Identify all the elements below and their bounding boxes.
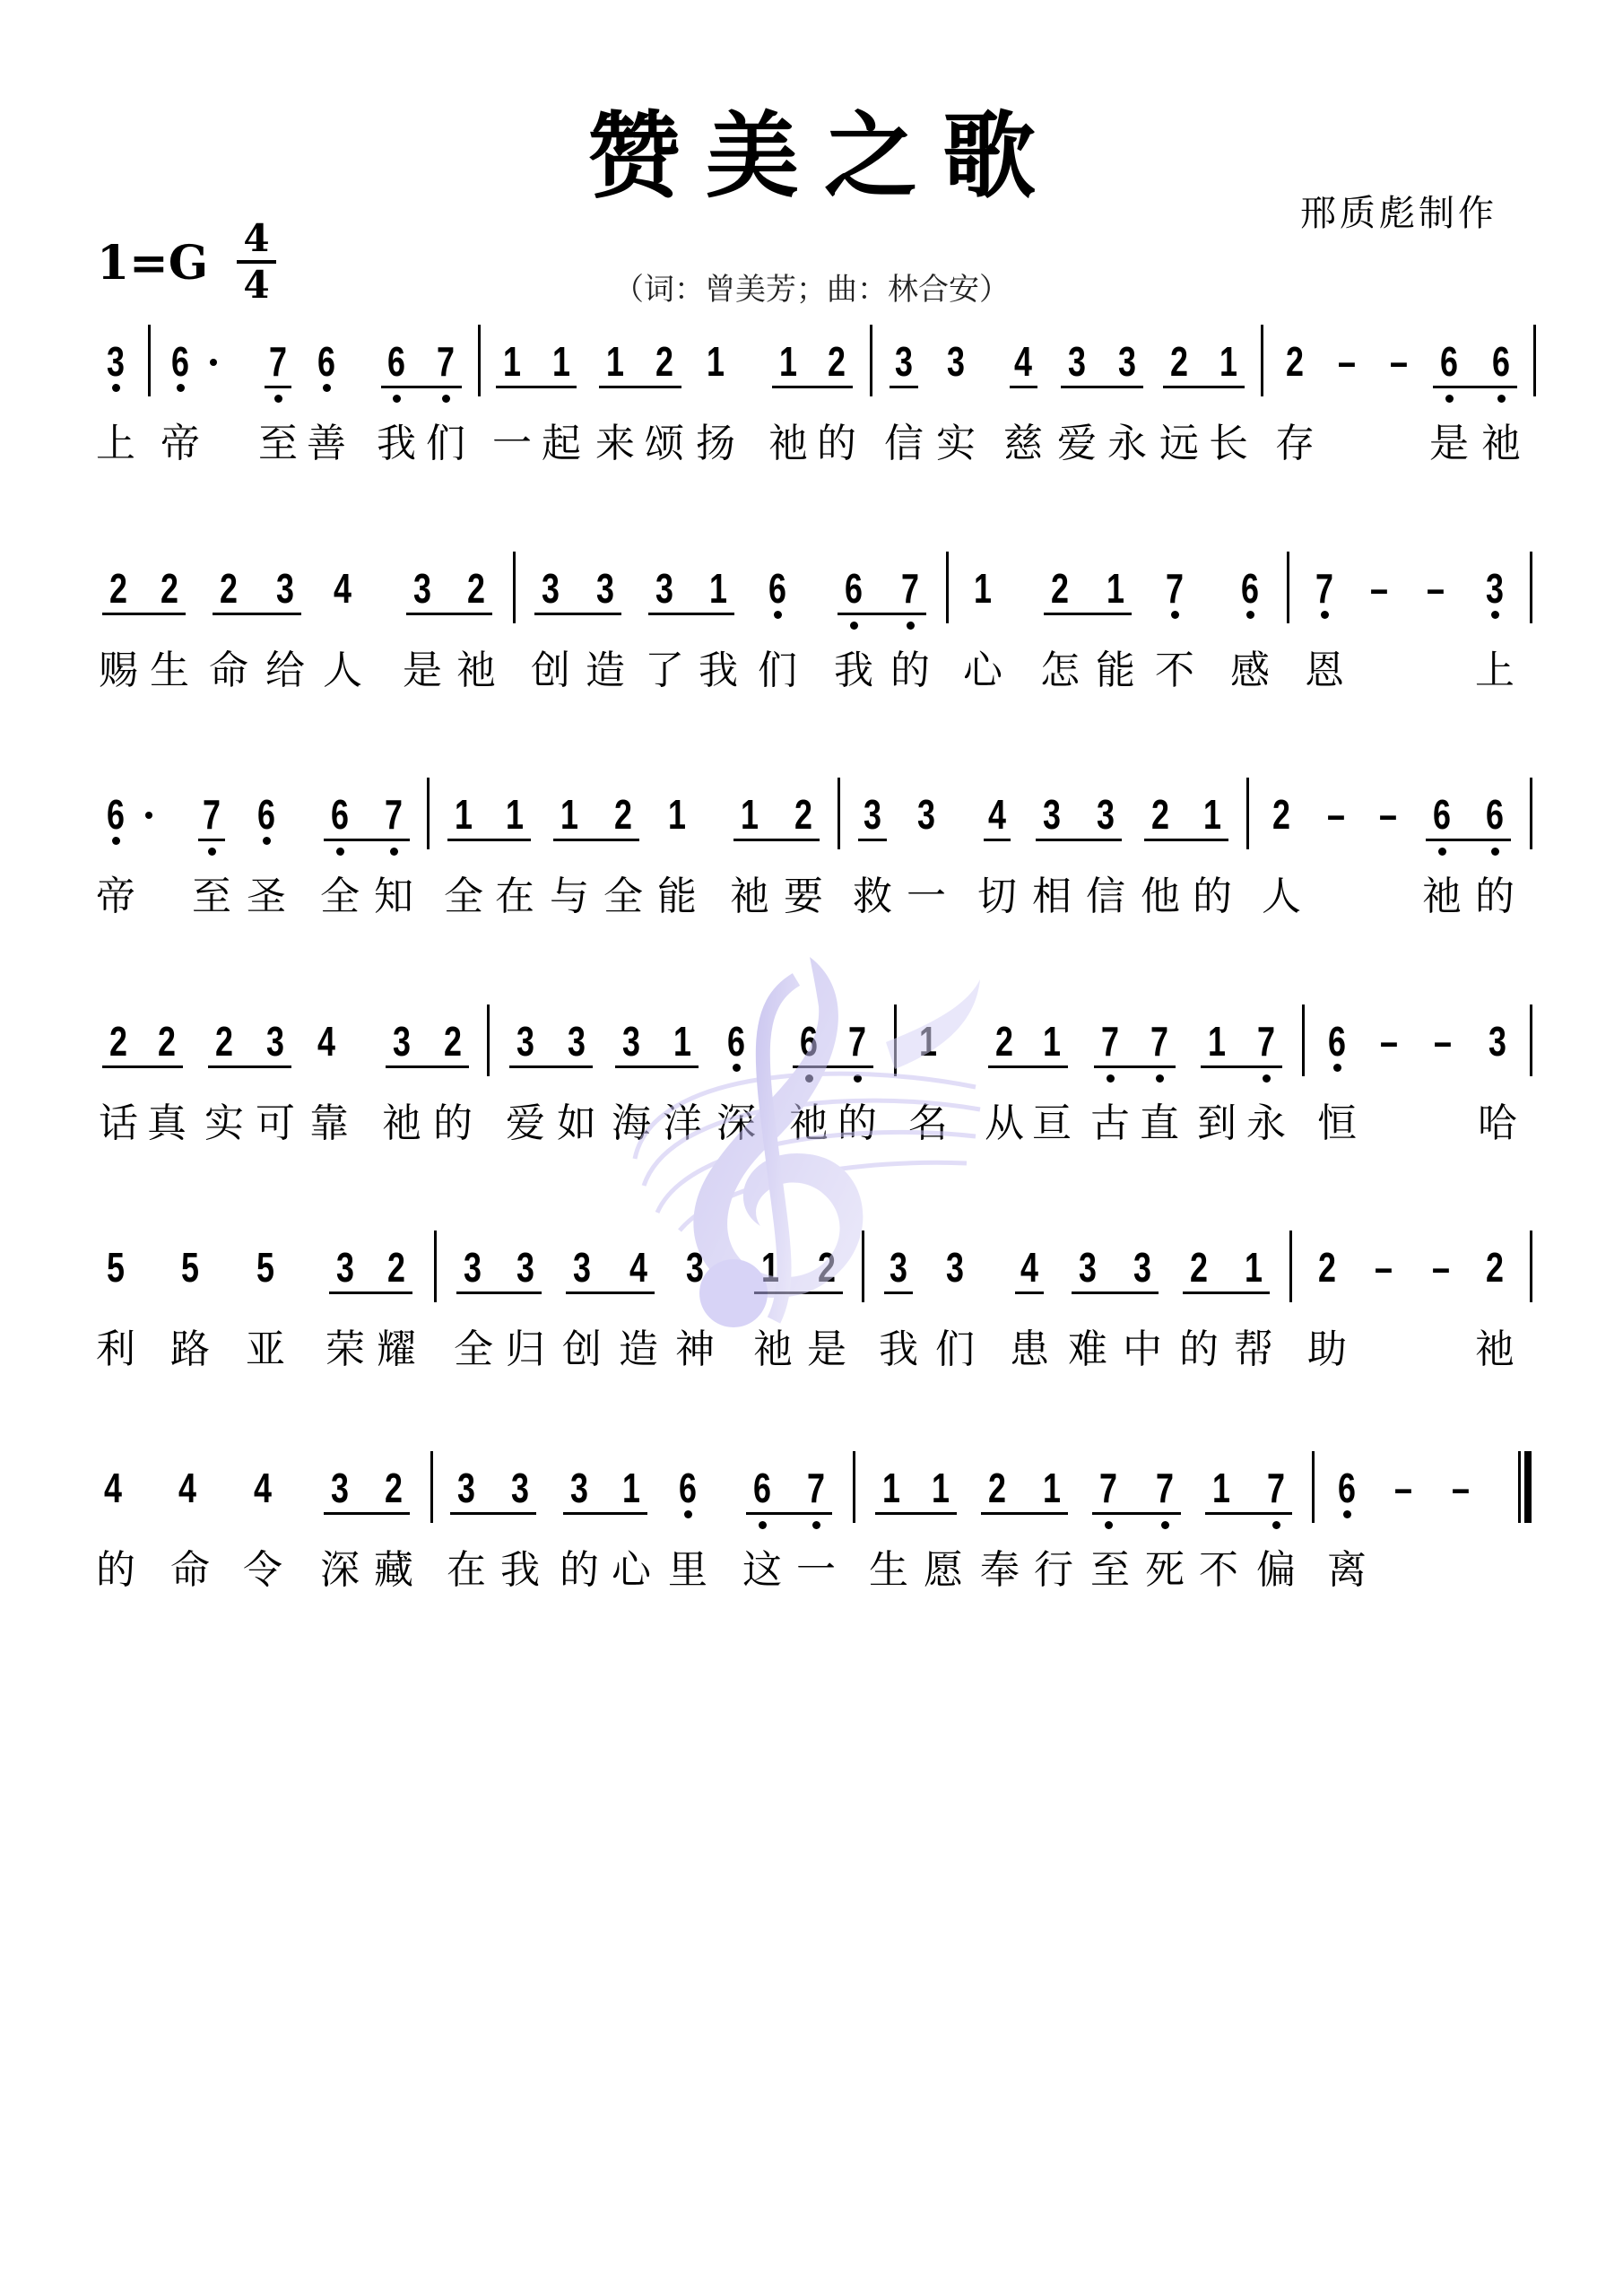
note: 2 — [1267, 792, 1295, 837]
beam-underline — [599, 386, 681, 388]
low-octave-dot — [759, 1521, 767, 1529]
lyric-char: 偏 — [1249, 1548, 1303, 1593]
low-octave-dot — [112, 837, 120, 845]
note: 7 — [379, 792, 407, 837]
low-octave-dot — [733, 1064, 741, 1072]
lyric-char: 归 — [499, 1327, 552, 1372]
note: 3 — [562, 1019, 590, 1064]
lyric-char: 颂 — [638, 422, 691, 466]
beam-underline — [208, 1065, 291, 1068]
note: 1 — [968, 566, 996, 611]
lyric-char: 心 — [604, 1548, 658, 1593]
beam-underline — [1201, 1065, 1282, 1068]
beam-underline — [509, 1065, 593, 1068]
beam-underline — [1094, 1065, 1176, 1068]
note: 3 — [1113, 339, 1141, 384]
note: 5 — [251, 1245, 279, 1290]
lyric-char: 祂 — [1415, 874, 1469, 919]
lyric-char: 造 — [612, 1327, 665, 1372]
note: 3 — [506, 1465, 534, 1510]
barline — [894, 1004, 897, 1076]
lyric-char: 我 — [691, 648, 745, 693]
low-octave-dot — [774, 611, 782, 619]
note: 5 — [101, 1245, 129, 1290]
note: 2 — [822, 339, 850, 384]
arranger-credit: 邢质彪制作 — [1300, 188, 1497, 239]
beam-underline — [496, 386, 577, 388]
low-octave-dot — [1321, 611, 1329, 619]
low-octave-dot — [1263, 1074, 1271, 1083]
note: 6 — [1428, 792, 1455, 837]
lyric-char: 长 — [1202, 422, 1255, 466]
beam-underline — [1433, 386, 1517, 388]
beam-underline — [838, 613, 926, 615]
note: 3 — [101, 339, 129, 384]
note: 7 — [1145, 1019, 1173, 1064]
lyric-char: 切 — [970, 874, 1024, 919]
lyric-char: 祂 — [723, 874, 777, 919]
beam-underline — [858, 839, 887, 841]
note: 1 — [926, 1465, 954, 1510]
beam-underline — [648, 613, 734, 615]
note: 6 — [1236, 566, 1263, 611]
score-row: 444323331667112177176––的命令深藏在我的心里这一生愿奉行至… — [0, 1465, 1623, 1645]
beam-underline — [884, 1291, 913, 1294]
lyric-char: 的 — [1185, 874, 1239, 919]
barline — [870, 325, 872, 396]
note: 2 — [152, 1019, 180, 1064]
note: – — [1427, 1245, 1454, 1290]
barline — [427, 778, 430, 849]
lyric-char: 恒 — [1310, 1101, 1364, 1146]
beam-underline — [324, 1512, 410, 1515]
lyric-char: 要 — [777, 874, 830, 919]
lyric-char: 创 — [524, 648, 577, 693]
lyric-char: 救 — [846, 874, 899, 919]
lyric-char: 神 — [668, 1327, 722, 1372]
low-octave-dot — [274, 395, 282, 403]
beam-underline — [1426, 839, 1511, 841]
lyric-char: 话 — [91, 1101, 145, 1146]
augmentation-dot — [145, 812, 152, 819]
low-octave-dot — [336, 848, 344, 856]
note: 6 — [101, 792, 129, 837]
lyric-char: 永 — [1239, 1101, 1293, 1146]
lyric-char: 实 — [929, 422, 983, 466]
lyric-char: 生 — [862, 1548, 916, 1593]
note: 3 — [458, 1245, 486, 1290]
lyric-char: 利 — [89, 1327, 143, 1372]
lyric-char: 路 — [163, 1327, 217, 1372]
barline — [1302, 1004, 1305, 1076]
lyric-char: 是 — [1422, 422, 1476, 466]
lyric-char: 他 — [1133, 874, 1187, 919]
note: 7 — [1310, 566, 1338, 611]
low-octave-dot — [812, 1521, 820, 1529]
barline — [1287, 552, 1289, 623]
note: 4 — [983, 792, 1011, 837]
note: 2 — [1146, 792, 1174, 837]
lyric-char: 祂 — [375, 1101, 429, 1146]
low-octave-dot — [393, 395, 401, 403]
lyric-char: 不 — [1148, 648, 1202, 693]
note: 2 — [609, 792, 637, 837]
note: 2 — [1165, 339, 1193, 384]
lyric-char: 我 — [369, 422, 423, 466]
barline — [1530, 778, 1532, 849]
lyric-char: 永 — [1100, 422, 1154, 466]
note: 7 — [431, 339, 459, 384]
lyric-char: 全 — [313, 874, 367, 919]
barline — [434, 1231, 437, 1302]
note: 2 — [104, 566, 132, 611]
beam-underline — [1072, 1291, 1159, 1294]
lyric-char: 的 — [883, 648, 937, 693]
note: 7 — [1252, 1019, 1280, 1064]
lyric-char: 祂 — [1468, 1327, 1522, 1372]
note: 4 — [99, 1465, 126, 1510]
score-row: 67667111211233433212––66帝至圣全知全在与全能祂要救一切相… — [0, 792, 1623, 971]
lyric-char: 一 — [485, 422, 539, 466]
note: 3 — [890, 339, 917, 384]
lyric-char: 感 — [1223, 648, 1277, 693]
note: 3 — [1483, 1019, 1511, 1064]
lyric-char: 奉 — [973, 1548, 1027, 1593]
note: 3 — [1037, 792, 1065, 837]
note: 2 — [990, 1019, 1018, 1064]
lyric-char: 的 — [1172, 1327, 1226, 1372]
beam-underline — [875, 1512, 957, 1515]
low-octave-dot — [112, 384, 120, 392]
note: 3 — [452, 1465, 480, 1510]
low-octave-dot — [850, 622, 858, 630]
lyric-char: 难 — [1061, 1327, 1115, 1372]
lyric-char: 的 — [552, 1548, 606, 1593]
low-octave-dot — [1272, 1521, 1280, 1529]
note: – — [1332, 339, 1360, 384]
barline — [1289, 1231, 1292, 1302]
note: 3 — [941, 1245, 968, 1290]
beam-underline — [1044, 613, 1132, 615]
lyric-char: 信 — [877, 422, 931, 466]
note: 3 — [511, 1245, 539, 1290]
note: 3 — [650, 566, 678, 611]
note: 6 — [1480, 792, 1508, 837]
note: 3 — [408, 566, 436, 611]
low-octave-dot — [1438, 848, 1446, 856]
note: 1 — [704, 566, 732, 611]
lyric-char: 的 — [426, 1101, 480, 1146]
note: 2 — [214, 566, 242, 611]
note: 2 — [382, 1245, 410, 1290]
lyric-char: 祂 — [1474, 422, 1528, 466]
lyric-char: 创 — [555, 1327, 609, 1372]
barline — [1246, 778, 1249, 849]
lyric-char: 哈 — [1471, 1101, 1524, 1146]
note: 2 — [1185, 1245, 1212, 1290]
note: 4 — [173, 1465, 201, 1510]
beam-underline — [563, 1512, 647, 1515]
beam-underline — [566, 1291, 655, 1294]
lyric-char: 耀 — [369, 1327, 423, 1372]
lyric-char: 能 — [650, 874, 704, 919]
barline — [513, 552, 516, 623]
lyric-char: 一 — [789, 1548, 843, 1593]
beam-underline — [733, 839, 820, 841]
note: 1 — [1037, 1019, 1065, 1064]
note: 6 — [1323, 1019, 1350, 1064]
lyric-char: 祂 — [782, 1101, 836, 1146]
beam-underline — [1205, 1512, 1292, 1515]
lyric-char: 们 — [928, 1327, 982, 1372]
note: 3 — [884, 1245, 912, 1290]
note: 3 — [1091, 792, 1119, 837]
note: 1 — [774, 339, 802, 384]
note: 7 — [843, 1019, 871, 1064]
low-octave-dot — [1107, 1074, 1115, 1083]
note: 2 — [104, 1019, 132, 1064]
lyric-char: 在 — [439, 1548, 493, 1593]
lyric-char: 生 — [143, 648, 196, 693]
beam-underline — [213, 613, 301, 615]
note: 1 — [1202, 1019, 1230, 1064]
note: 2 — [210, 1019, 238, 1064]
note: 1 — [756, 1245, 784, 1290]
note: 3 — [568, 1245, 595, 1290]
low-octave-dot — [390, 848, 398, 856]
time-signature: 4 4 — [235, 219, 278, 305]
note: – — [1428, 1019, 1456, 1064]
lyric-char: 远 — [1152, 422, 1206, 466]
lyric-char: 上 — [89, 422, 143, 466]
lyric-char: 不 — [1192, 1548, 1245, 1593]
lyric-char: 们 — [419, 422, 473, 466]
lyric-char: 爱 — [1050, 422, 1104, 466]
note: 3 — [858, 792, 886, 837]
barline — [1530, 1231, 1532, 1302]
note: 1 — [1207, 1465, 1235, 1510]
lyric-char: 真 — [140, 1101, 194, 1146]
note: 1 — [500, 792, 528, 837]
low-octave-dot — [1497, 395, 1506, 403]
note: 3 — [1073, 1245, 1101, 1290]
lyric-char: 离 — [1320, 1548, 1374, 1593]
lyric-char: 圣 — [239, 874, 293, 919]
note: 6 — [382, 339, 410, 384]
lyric-char: 实 — [197, 1101, 251, 1146]
lyric-char: 的 — [830, 1101, 884, 1146]
note: 2 — [789, 792, 817, 837]
note: 3 — [681, 1245, 708, 1290]
beam-underline — [386, 1065, 469, 1068]
barline — [148, 325, 151, 396]
note: 1 — [914, 1019, 942, 1064]
lyric-char: 靠 — [302, 1101, 356, 1146]
lyric-char: 至 — [251, 422, 305, 466]
note: 7 — [1262, 1465, 1289, 1510]
beam-underline — [754, 1291, 843, 1294]
lyric-char: 藏 — [367, 1548, 421, 1593]
note: 3 — [331, 1245, 359, 1290]
note: 1 — [498, 339, 525, 384]
lyric-char: 亘 — [1025, 1101, 1079, 1146]
note: 6 — [252, 792, 280, 837]
lyric-char: 起 — [534, 422, 588, 466]
score-row: 367667111211233433212––66上帝至善我们一起来颂扬祂的信实… — [0, 339, 1623, 518]
score-row: 22234323331667121767––3赐生命给人是祂创造了我们我的心怎能… — [0, 566, 1623, 745]
lyric-char: 给 — [258, 648, 312, 693]
beam-underline — [1183, 1291, 1270, 1294]
note: 3 — [912, 792, 940, 837]
beam-underline — [793, 1065, 873, 1068]
lyric-char: 我 — [827, 648, 881, 693]
note: 1 — [1101, 566, 1129, 611]
note: 1 — [547, 339, 575, 384]
lyric-char: 从 — [977, 1101, 1031, 1146]
lyric-char: 在 — [488, 874, 542, 919]
beam-underline — [1015, 1291, 1044, 1294]
note: – — [1446, 1465, 1474, 1510]
lyric-char: 造 — [578, 648, 632, 693]
note: 2 — [1480, 1245, 1508, 1290]
beam-underline — [265, 386, 291, 388]
lyric-char: 全 — [447, 1327, 500, 1372]
low-octave-dot — [442, 395, 450, 403]
note: – — [1365, 566, 1393, 611]
note: 7 — [264, 339, 291, 384]
lyric-char: 善 — [299, 422, 353, 466]
lyric-char: 令 — [236, 1548, 290, 1593]
lyric-char: 人 — [316, 648, 369, 693]
beam-underline — [553, 839, 639, 841]
lyric-char: 至 — [185, 874, 239, 919]
note: 7 — [1150, 1465, 1178, 1510]
score-row: 2223432333166712177176––3话真实可靠祂的爱如海洋深祂的名… — [0, 1019, 1623, 1198]
barline — [853, 1451, 855, 1523]
barline — [838, 778, 840, 849]
augmentation-dot — [210, 359, 217, 366]
lyric-char: 到 — [1190, 1101, 1244, 1146]
lyric-char: 信 — [1079, 874, 1133, 919]
lyric-char: 心 — [956, 648, 1010, 693]
beam-underline — [1092, 1512, 1181, 1515]
note: – — [1369, 1245, 1397, 1290]
note: 1 — [1037, 1465, 1065, 1510]
lyric-char: 里 — [661, 1548, 715, 1593]
lyric-char: 存 — [1268, 422, 1322, 466]
final-barline-thin — [1518, 1451, 1521, 1523]
note: 6 — [748, 1465, 776, 1510]
note: 3 — [1063, 339, 1090, 384]
lyric-char: 帝 — [89, 874, 143, 919]
note: 2 — [462, 566, 490, 611]
note: 1 — [1239, 1245, 1267, 1290]
lyric-char: 如 — [550, 1101, 603, 1146]
lyric-char: 命 — [202, 648, 256, 693]
lyric-char: 我 — [493, 1548, 547, 1593]
low-octave-dot — [1161, 1521, 1169, 1529]
lyric-char: 深 — [313, 1548, 367, 1593]
note: 7 — [197, 792, 225, 837]
lyric-char: 荣 — [318, 1327, 372, 1372]
beam-underline — [406, 613, 492, 615]
lyric-char: 来 — [588, 422, 642, 466]
lyric-char: 这 — [735, 1548, 789, 1593]
note: – — [1384, 339, 1412, 384]
low-octave-dot — [1171, 611, 1179, 619]
lyric-char: 的 — [1468, 874, 1522, 919]
lyric-char: 中 — [1115, 1327, 1169, 1372]
note: 2 — [650, 339, 678, 384]
note: 6 — [673, 1465, 701, 1510]
note: 6 — [794, 1019, 822, 1064]
note: 3 — [261, 1019, 289, 1064]
beam-underline — [450, 1512, 536, 1515]
lyric-char: 死 — [1138, 1548, 1192, 1593]
note: 1 — [449, 792, 477, 837]
note: 1 — [701, 339, 729, 384]
note: 2 — [983, 1465, 1011, 1510]
low-octave-dot — [1445, 395, 1454, 403]
low-octave-dot — [1491, 848, 1499, 856]
beam-underline — [746, 1512, 832, 1515]
note: – — [1421, 566, 1449, 611]
note: – — [1375, 1019, 1402, 1064]
lyric-char: 愿 — [916, 1548, 970, 1593]
lyric-char: 的 — [89, 1548, 143, 1593]
lyric-char: 全 — [596, 874, 650, 919]
note: 3 — [325, 1465, 353, 1510]
lyric-char: 患 — [1002, 1327, 1056, 1372]
note: – — [1389, 1465, 1417, 1510]
note: 3 — [511, 1019, 539, 1064]
lyric-char: 的 — [810, 422, 864, 466]
note: 1 — [617, 1465, 645, 1510]
lyric-char: 爱 — [499, 1101, 552, 1146]
barline — [430, 1451, 433, 1523]
beam-underline — [1036, 839, 1122, 841]
note: 6 — [166, 339, 194, 384]
lyric-char: 上 — [1468, 648, 1522, 693]
lyric-char: 扬 — [689, 422, 742, 466]
note: 1 — [601, 339, 629, 384]
note: 6 — [763, 566, 791, 611]
note: 2 — [1280, 339, 1308, 384]
note: 4 — [312, 1019, 340, 1064]
lyric-char: 了 — [638, 648, 691, 693]
lyric-char: 至 — [1083, 1548, 1137, 1593]
lyric-char: 直 — [1133, 1101, 1186, 1146]
note: 2 — [438, 1019, 466, 1064]
lyric-char: 帝 — [153, 422, 207, 466]
beam-underline — [890, 386, 918, 388]
note: 1 — [555, 792, 583, 837]
low-octave-dot — [1105, 1521, 1113, 1529]
lyric-char: 深 — [709, 1101, 763, 1146]
barline — [1261, 325, 1263, 396]
lyric-char: 行 — [1027, 1548, 1081, 1593]
beam-underline — [447, 839, 531, 841]
note: 6 — [312, 339, 340, 384]
barline — [1533, 325, 1536, 396]
time-signature-bottom: 4 — [235, 265, 278, 305]
beam-underline — [615, 1065, 699, 1068]
note: 3 — [565, 1465, 593, 1510]
note: 2 — [812, 1245, 840, 1290]
note: 2 — [1046, 566, 1073, 611]
beam-underline — [102, 613, 186, 615]
lyric-char: 祂 — [746, 1327, 800, 1372]
